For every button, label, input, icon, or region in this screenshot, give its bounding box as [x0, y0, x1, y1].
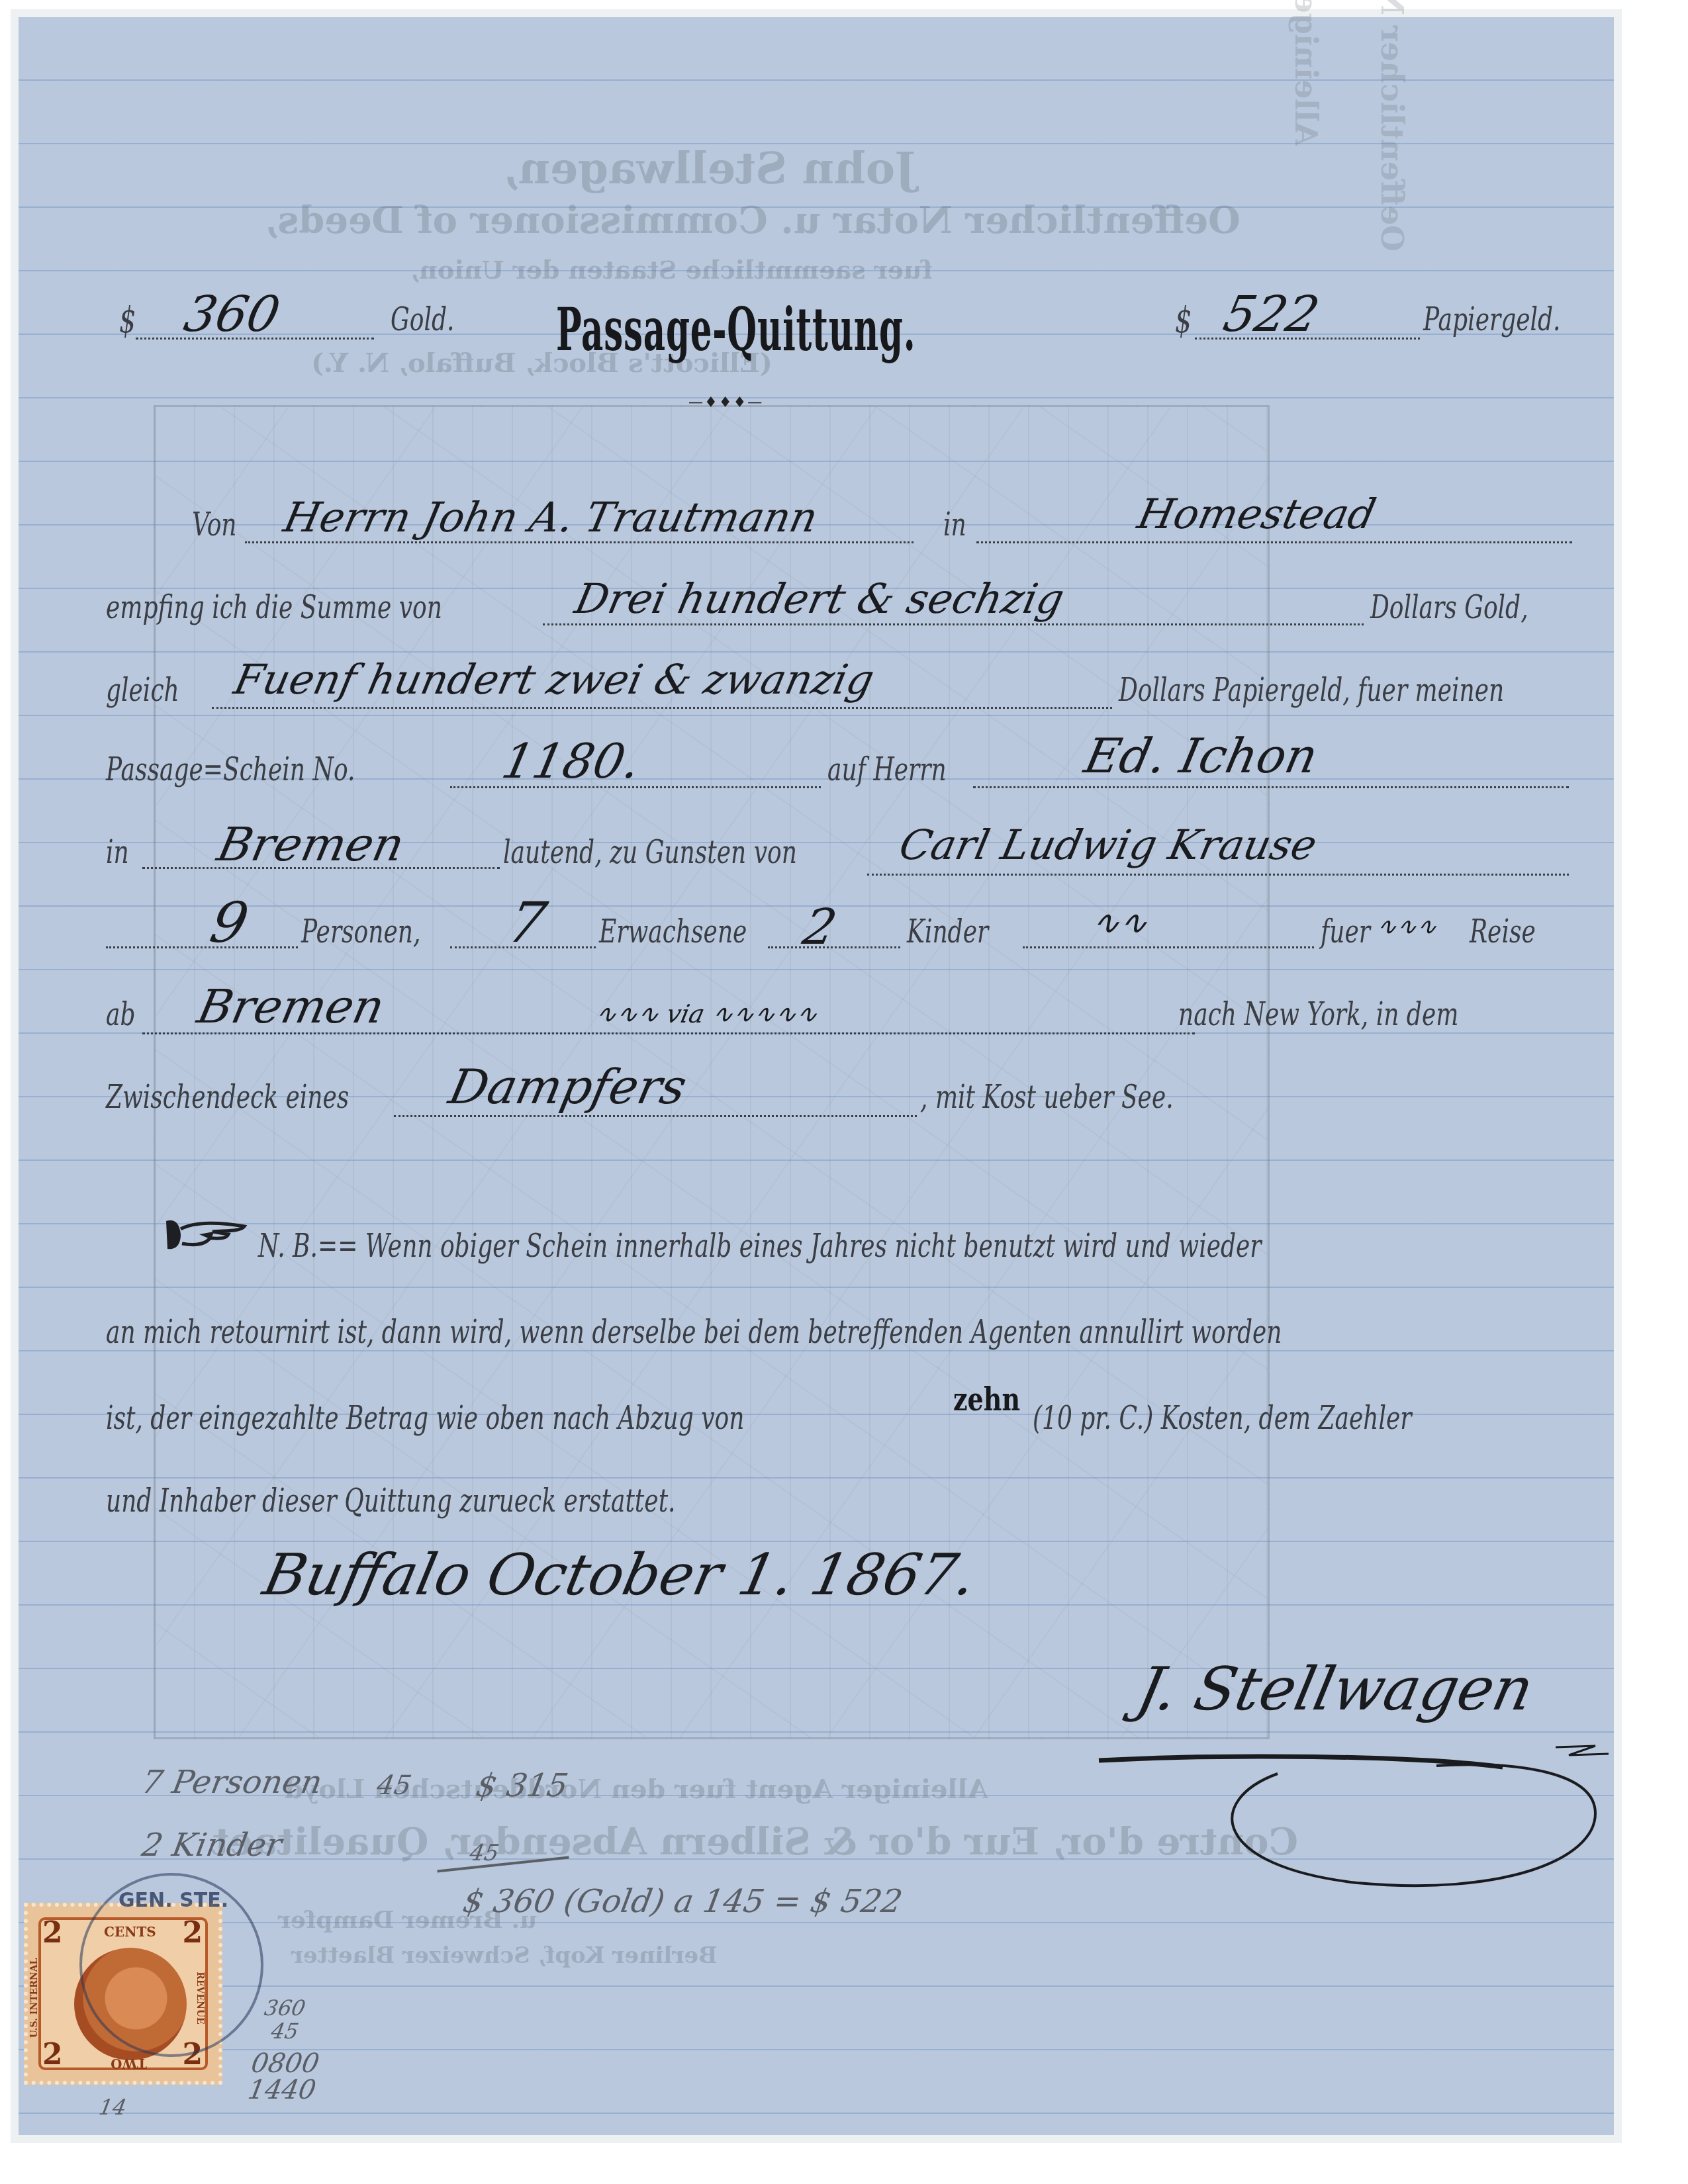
bleedthrough-vertical-1: Alleiniger Agent fuer den Norddeutschen … [1288, 0, 1324, 146]
notice-line-1: N. B.== Wenn obiger Schein innerhalb ein… [258, 1228, 1262, 1265]
place-and-date: Buffalo October 1. 1867. [258, 1542, 982, 1608]
signature-flourish-icon [1092, 1694, 1655, 1906]
paper-label: Papiergeld. [1423, 302, 1561, 338]
label-in: in [943, 507, 966, 543]
label-von: Von [192, 507, 237, 543]
notice-bold-zehn: zehn [953, 1380, 1020, 1419]
field-payer-name: Herrn John A. Trautmann [279, 493, 822, 541]
gold-currency-symbol: $ [119, 300, 136, 341]
label-in-city: in [106, 835, 129, 871]
pencil-note-adults-total: $ 315 [473, 1767, 571, 1804]
field-agent-city: Bremen [212, 817, 409, 872]
title-ornament: —♦♦♦— [688, 394, 763, 411]
field-vessel-type: Dampfers [444, 1059, 691, 1115]
label-to-new-york: nach New York, in dem [1178, 997, 1458, 1033]
stamp-text-bottom: TWO [111, 2056, 147, 2071]
pointing-hand-icon [162, 1214, 248, 1254]
field-line [973, 786, 1569, 788]
gold-label: Gold. [391, 302, 454, 338]
notice-line-3b: (10 pr. C.) Kosten, dem Zaehler [1033, 1400, 1412, 1437]
pencil-note-children-sub: 45 [467, 1840, 500, 1866]
notice-line-3a: ist, der eingezahlte Betrag wie oben nac… [106, 1400, 744, 1437]
bleedthrough-letterhead-name: John Stellwagen, [503, 142, 915, 194]
pencil-calc-4: 1440 [246, 2075, 318, 2105]
stamp-cancellation: GEN. STE. [79, 1873, 263, 2057]
field-line [867, 874, 1569, 876]
field-line [1023, 946, 1314, 948]
field-line [106, 946, 298, 948]
field-departure-port: Bremen [193, 979, 389, 1034]
label-auf-herrn: auf Herrn [827, 752, 947, 788]
field-via-struck: ∿∿∿ via ∿∿∿∿∿ [592, 999, 821, 1028]
label-ab: ab [106, 997, 136, 1033]
label-steerage: Zwischendeck eines [106, 1079, 349, 1116]
label-personen: Personen, [301, 914, 420, 950]
field-sum-paper-words: Fuenf hundert zwei & zwanzig [230, 655, 878, 704]
field-payer-town: Homestead [1133, 490, 1380, 538]
paper-currency-symbol: $ [1175, 300, 1192, 341]
pencil-note-adults-label: 7 Personen [139, 1764, 325, 1801]
field-infants-dash: ∿∿ [1088, 903, 1152, 942]
paper-amount-value: 522 [1219, 286, 1325, 343]
label-gleich: gleich [106, 672, 179, 709]
field-line [394, 1115, 917, 1117]
pencil-note-exchange: $ 360 (Gold) a 145 = $ 522 [460, 1883, 905, 1920]
stamp-text-left: U.S. INTERNAL [29, 1958, 40, 2038]
label-passage-no: Passage=Schein No. [106, 752, 355, 788]
document-title: Passage-Quittung. [556, 295, 916, 364]
pencil-calc-2: 45 [269, 2019, 301, 2044]
field-line [543, 623, 1364, 625]
label-fuer: fuer [1321, 914, 1370, 950]
label-dollars-gold: Dollars Gold, [1370, 590, 1528, 626]
stamp-denomination: 2 [42, 1916, 63, 1950]
stamp-denomination: 2 [42, 2038, 63, 2071]
label-in-favor-of: lautend, zu Gunsten von [503, 835, 797, 871]
bleedthrough-vertical-2: Oeffentlicher Notar u. Commissioner of D… [1374, 0, 1410, 251]
bleedthrough-lower-4: Berliner Kopf, Schweizer Blaetter [291, 1942, 718, 1969]
field-line [768, 946, 900, 948]
bleedthrough-letterhead-title: Oeffentlicher Notar u. Commissioner of D… [265, 199, 1241, 242]
field-line [245, 541, 914, 543]
field-sum-gold-words: Drei hundert & sechzig [571, 574, 1068, 623]
label-received-sum: empfing ich die Summe von [106, 590, 442, 626]
label-reise: Reise [1470, 914, 1536, 950]
bleedthrough-letterhead-sub: fuer saemmtliche Staaten der Union, [410, 255, 933, 285]
field-trip-type: ∿∿∿ [1374, 913, 1440, 940]
label-with-board: , mit Kost ueber See. [920, 1079, 1174, 1116]
notice-line-4: und Inhaber dieser Quittung zurueck erst… [106, 1483, 676, 1520]
gold-amount-value: 360 [179, 286, 285, 343]
cancel-text: GEN. STE. [118, 1889, 228, 1912]
field-agent-name: Ed. Ichon [1080, 728, 1323, 784]
label-erwachsene: Erwachsene [599, 914, 747, 950]
pencil-margin-mark: 14 [97, 2095, 128, 2120]
label-dollars-paper: Dollars Papiergeld, fuer meinen [1119, 672, 1504, 709]
field-beneficiary-name: Carl Ludwig Krause [895, 821, 1321, 869]
notice-line-2: an mich retournirt ist, dann wird, wenn … [106, 1314, 1282, 1351]
field-line [976, 541, 1572, 543]
field-passage-number: 1180. [497, 733, 645, 789]
field-line [212, 707, 1112, 709]
pencil-note-children-label: 2 Kinder [139, 1827, 285, 1864]
pencil-calc-1: 360 [263, 1995, 308, 2021]
label-kinder: Kinder [907, 914, 988, 950]
pencil-note-adults-rate: 45 [375, 1770, 414, 1801]
